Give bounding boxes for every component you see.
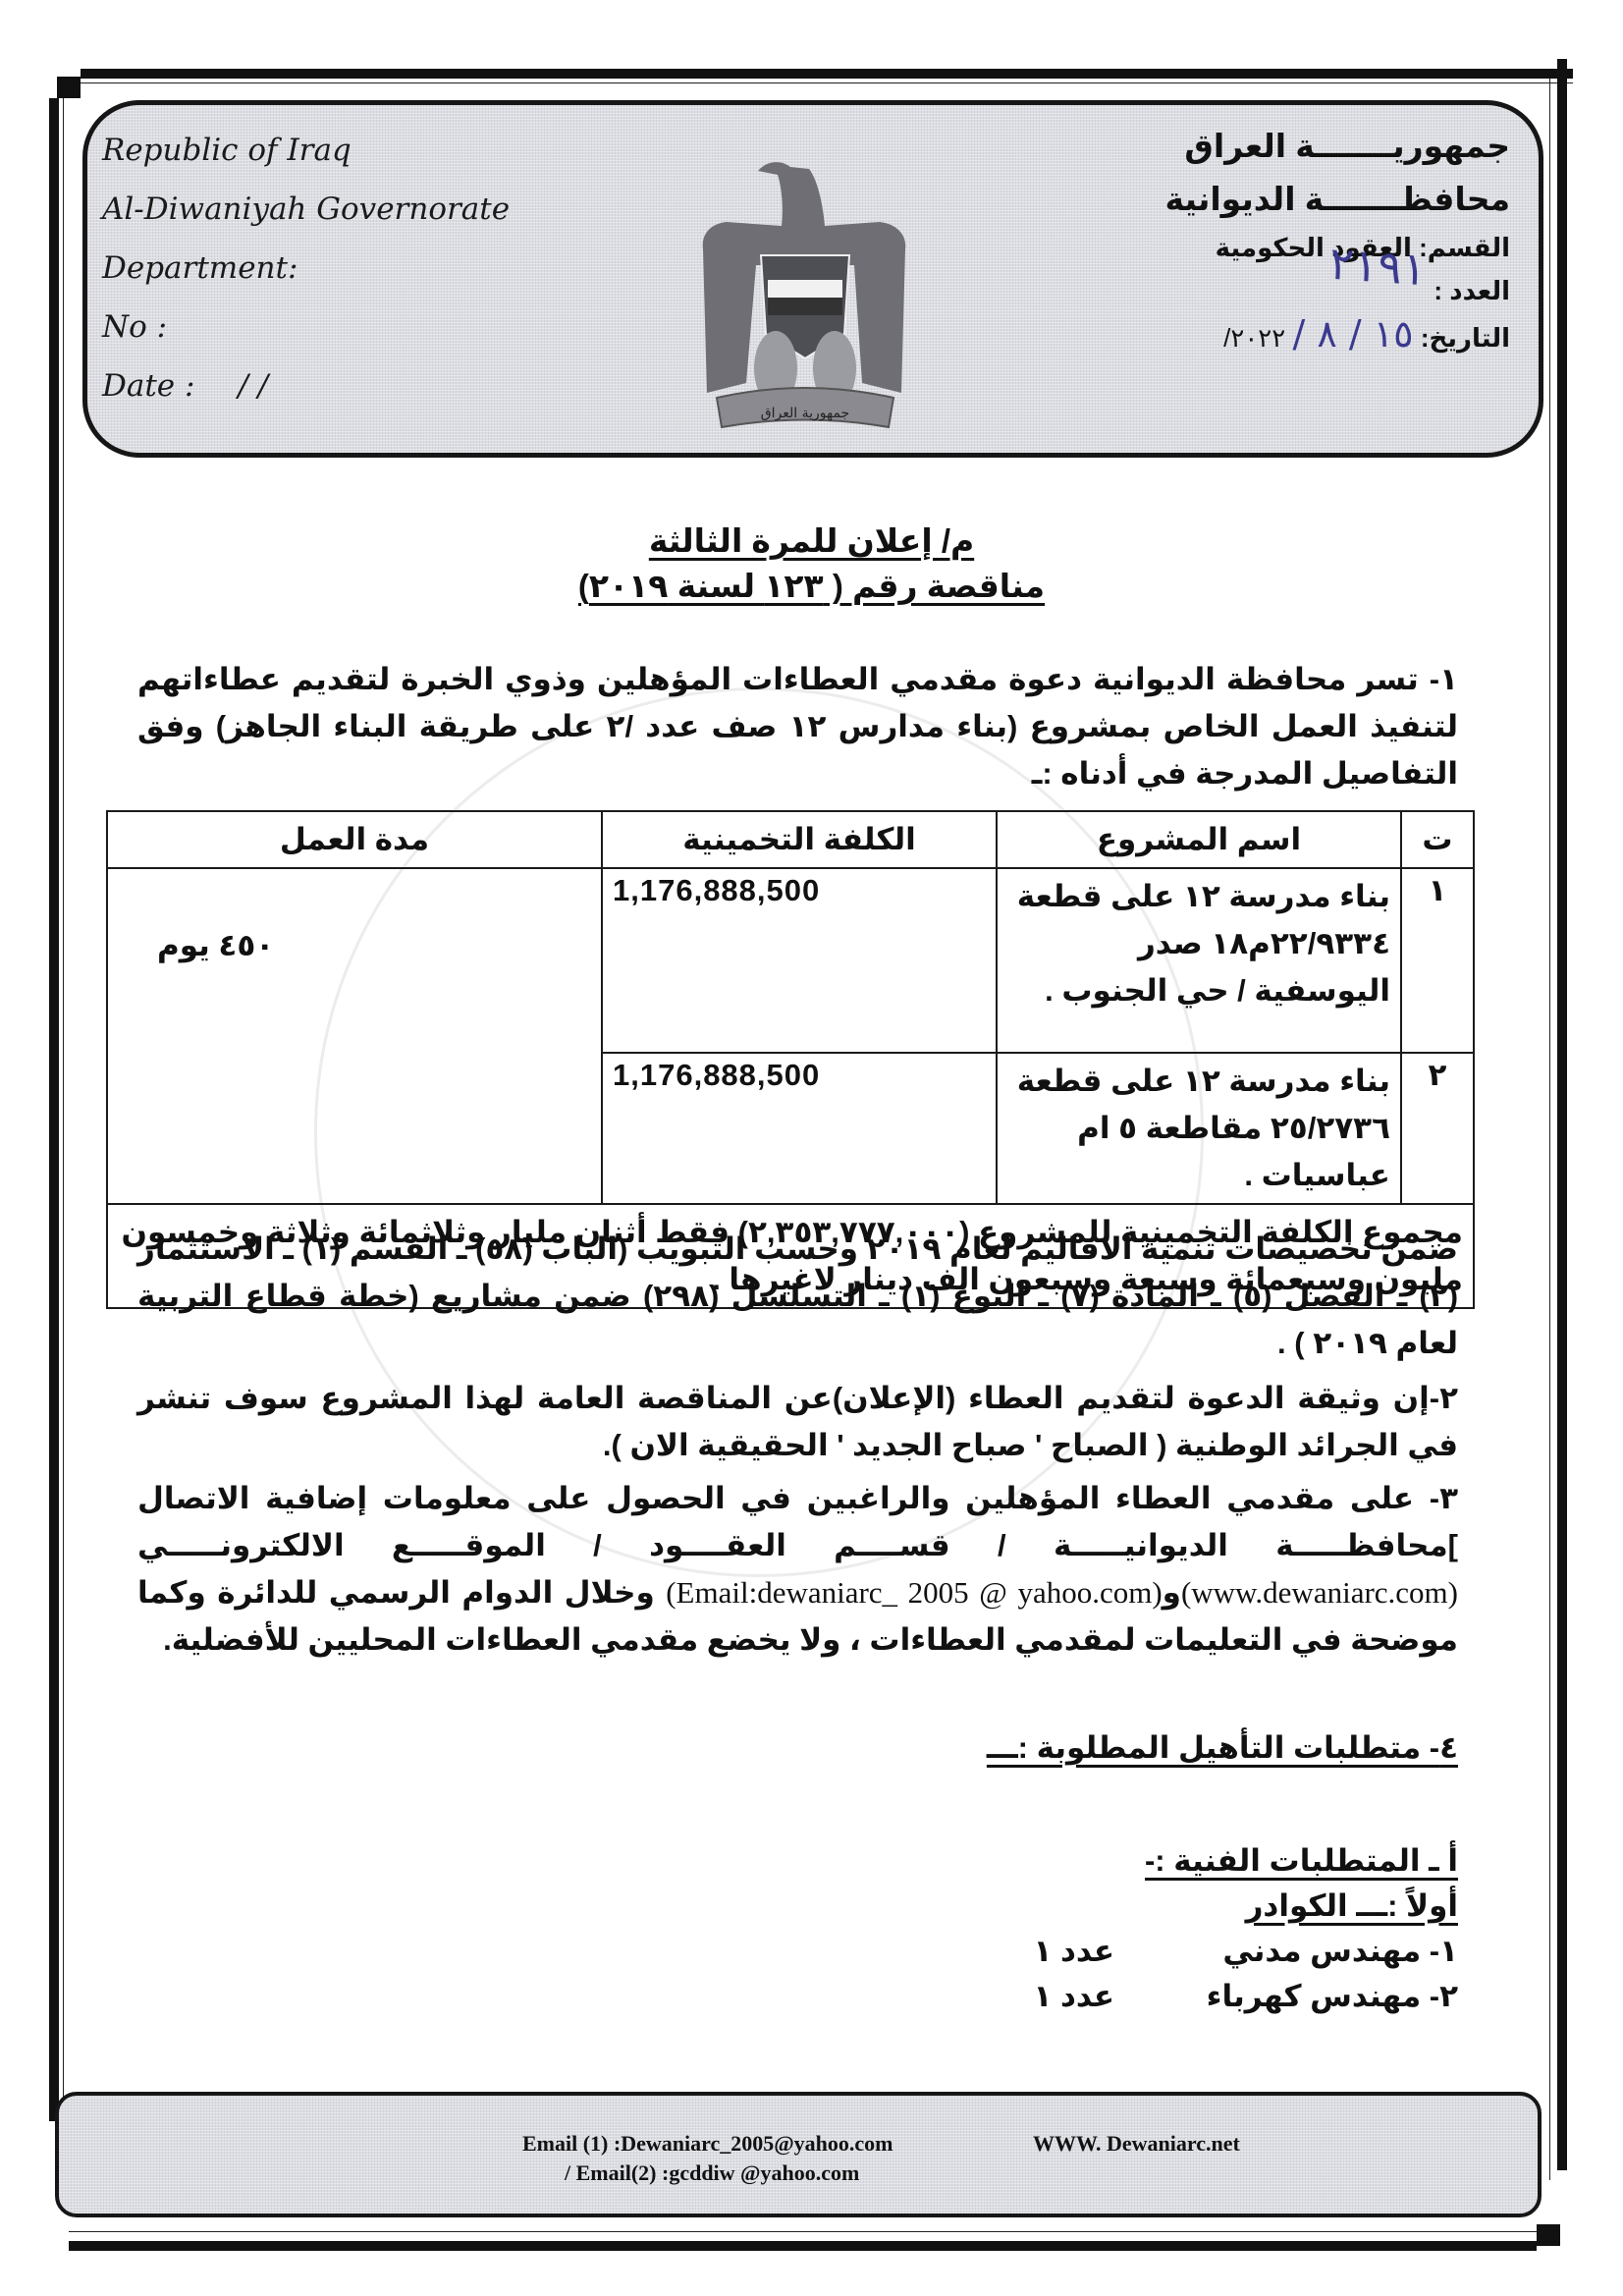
list-item: ٢- مهندس كهرباء عدد ١ — [997, 1974, 1458, 2019]
footer-email-2[interactable]: / Email(2) :gcddiw @yahoo.com — [565, 2160, 859, 2186]
page-border-top-thin — [81, 82, 1573, 83]
page-border-bottom — [69, 2241, 1537, 2251]
page-border-left-thin — [63, 98, 64, 2141]
page-border-right — [1557, 59, 1567, 2170]
svg-text:جمهورية العراق: جمهورية العراق — [761, 406, 849, 421]
staff-role: ١- مهندس مدني — [1114, 1929, 1458, 1974]
row-estimated-cost: 1,176,888,500 — [602, 1053, 997, 1204]
row-duration: ٤٥٠ يوم — [107, 868, 602, 1204]
website-link[interactable]: (www.dewaniarc.com) — [1181, 1575, 1458, 1610]
table-header-row: ت اسم المشروع الكلفة التخمينية مدة العمل — [107, 811, 1474, 868]
paragraph-allocation: ضمن تخصيصات تنمية الاقاليم لعام ٢٠١٩ وحس… — [137, 1226, 1458, 1367]
header-index: ت — [1401, 811, 1474, 868]
date-label-en: Date : / / — [102, 371, 268, 402]
page-border-left — [49, 98, 59, 2121]
page-border-right-thin — [1549, 79, 1550, 2180]
governorate-name-ar: محافظـــــــة الديوانية — [1164, 173, 1510, 226]
page-border-bottom-thin — [69, 2231, 1537, 2232]
staff-count: عدد ١ — [997, 1974, 1114, 2019]
section-4-heading: ٤- متطلبات التأهيل المطلوبة :ـــ — [987, 1730, 1458, 1766]
governorate-name-en: Al-Diwaniyah Governorate — [102, 194, 510, 225]
project-name-highlight: (بناء مدارس ١٢ صف عدد /٢ على طريقة البنا… — [216, 709, 1018, 743]
list-item: ١- مهندس مدني عدد ١ — [997, 1929, 1458, 1974]
footer-website[interactable]: WWW. Dewaniarc.net — [1033, 2131, 1240, 2157]
country-name-ar: جمهوريـــــــة العراق — [1164, 120, 1510, 173]
staff-heading: أولاً :ـــ الكوادر — [1246, 1888, 1458, 1923]
date-year: ٢٠٢٢/ — [1223, 323, 1285, 353]
document-title: م/ إعلان للمرة الثالثة مناقصة رقم ( ١٢٣ … — [0, 519, 1623, 609]
country-name-en: Republic of Iraq — [102, 136, 352, 166]
title-line-1: م/ إعلان للمرة الثالثة — [649, 519, 974, 564]
department-label-en: Department: — [102, 253, 298, 284]
header-duration: مدة العمل — [107, 811, 602, 868]
row-project-name: بناء مدرسة ١٢ على قطعة ٢٥/٢٧٣٦ مقاطعة ٥ … — [997, 1053, 1401, 1204]
border-corner-bottom-right — [1537, 2224, 1560, 2246]
row-estimated-cost: 1,176,888,500 — [602, 868, 997, 1053]
number-label-en: No : — [102, 312, 167, 343]
technical-requirements: أ ـ المتطلبات الفنية :- أولاً :ـــ الكوا… — [997, 1838, 1458, 2019]
email-link[interactable]: (Email:dewaniarc_ 2005 @ yahoo.com) — [666, 1575, 1162, 1610]
staff-role: ٢- مهندس كهرباء — [1114, 1974, 1458, 2019]
handwritten-number: ٢١٩١ — [1327, 237, 1428, 297]
handwritten-date: ١٥ / ٨ / — [1292, 312, 1413, 355]
paragraph-3: ٣- على مقدمي العطاء المؤهلين والراغبين ف… — [137, 1475, 1458, 1664]
table-row: ١ بناء مدرسة ١٢ على قطعة ٢٢/٩٣٣٤م١٨ صدر … — [107, 868, 1474, 1053]
row-project-name: بناء مدرسة ١٢ على قطعة ٢٢/٩٣٣٤م١٨ صدر ال… — [997, 868, 1401, 1053]
row-index: ١ — [1401, 868, 1474, 1053]
technical-requirements-heading: أ ـ المتطلبات الفنية :- — [1145, 1843, 1458, 1878]
page-border-top — [81, 69, 1573, 79]
border-corner-top-left — [57, 77, 81, 98]
header-project-name: اسم المشروع — [997, 811, 1401, 868]
footer-email-1[interactable]: Email (1) :Dewaniarc_2005@yahoo.com — [522, 2131, 893, 2157]
iraq-eagle-emblem-icon: جمهورية العراق — [687, 147, 923, 432]
paragraph-2: ٢-إن وثيقة الدعوة لتقديم العطاء (الإعلان… — [137, 1375, 1458, 1469]
date-row-ar: التاريخ: ١٥ / ٨ / ٢٠٢٢/ — [1164, 312, 1510, 359]
staff-count: عدد ١ — [997, 1929, 1114, 1974]
row-index: ٢ — [1401, 1053, 1474, 1204]
paragraph-1: ١- تسر محافظة الديوانية دعوة مقدمي العطا… — [137, 656, 1458, 797]
title-line-2: مناقصة رقم ( ١٢٣ لسنة ٢٠١٩) — [578, 564, 1045, 609]
header-estimated-cost: الكلفة التخمينية — [602, 811, 997, 868]
